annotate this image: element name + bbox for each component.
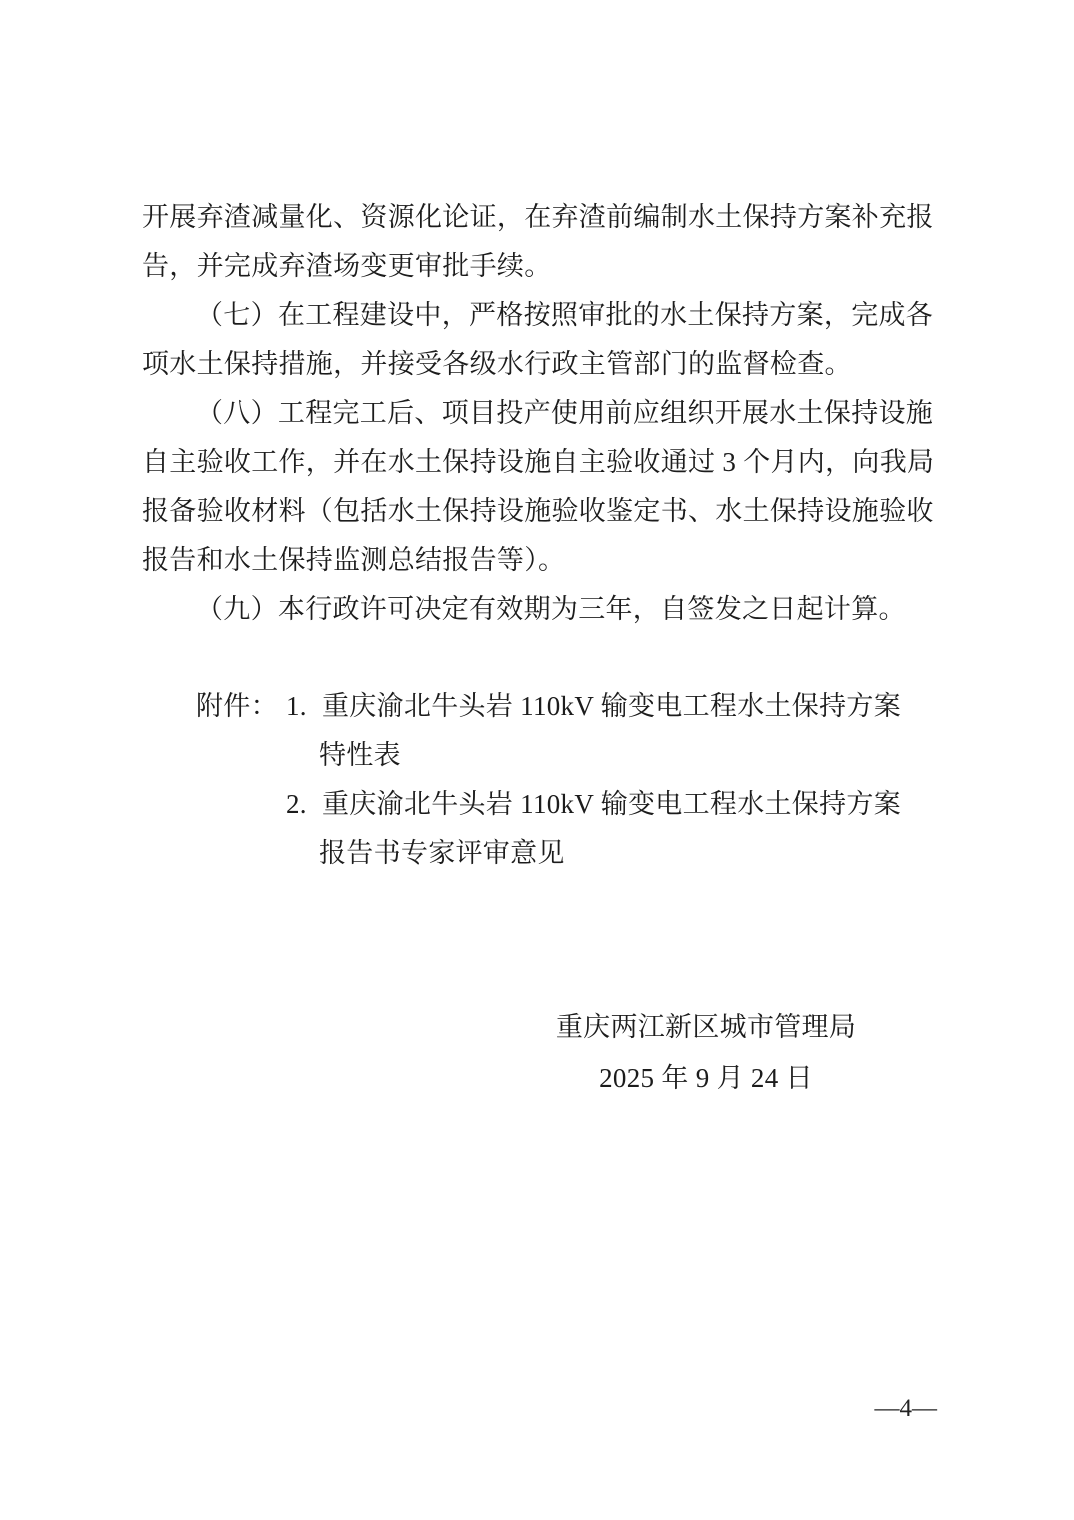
- paragraph-line: （八）工程完工后、项目投产使用前应组织开展水土保持设施: [142, 389, 936, 438]
- paragraph-line: （九）本行政许可决定有效期为三年，自签发之日起计算。: [142, 585, 936, 634]
- document-page: 开展弃渣减量化、资源化论证，在弃渣前编制水土保持方案补充报 告，并完成弃渣场变更…: [0, 0, 1074, 1520]
- attachment-block: 附件：1.重庆渝北牛头岩 110kV 输变电工程水土保持方案 特性表 2.重庆渝…: [142, 682, 936, 878]
- paragraph-line: 项水土保持措施，并接受各级水行政主管部门的监督检查。: [142, 340, 936, 389]
- paragraph-line: 报备验收材料（包括水土保持设施验收鉴定书、水土保持设施验收: [142, 487, 936, 536]
- paragraph-line: 报告和水土保持监测总结报告等）。: [142, 536, 936, 585]
- attachment-item-number: 2.: [286, 780, 322, 829]
- page-number: —4—: [875, 1395, 938, 1423]
- paragraph-line: 开展弃渣减量化、资源化论证，在弃渣前编制水土保持方案补充报: [142, 193, 936, 242]
- paragraph-line: 告，并完成弃渣场变更审批手续。: [142, 242, 936, 291]
- closing-block: 重庆两江新区城市管理局 2025 年 9 月 24 日: [470, 1002, 942, 1104]
- attachment-item-text: 重庆渝北牛头岩 110kV 输变电工程水土保持方案: [322, 789, 901, 819]
- attachment-item-number: 1.: [286, 682, 322, 731]
- document-body: 开展弃渣减量化、资源化论证，在弃渣前编制水土保持方案补充报 告，并完成弃渣场变更…: [142, 193, 936, 634]
- paragraph-line: 自主验收工作，并在水土保持设施自主验收通过 3 个月内，向我局: [142, 438, 936, 487]
- attachment-item-2: 2.重庆渝北牛头岩 110kV 输变电工程水土保持方案: [142, 780, 936, 829]
- issue-date: 2025 年 9 月 24 日: [470, 1053, 942, 1104]
- attachment-item-text: 报告书专家评审意见: [142, 829, 936, 878]
- paragraph-line: （七）在工程建设中，严格按照审批的水土保持方案，完成各: [142, 291, 936, 340]
- attachment-item-1: 附件：1.重庆渝北牛头岩 110kV 输变电工程水土保持方案: [142, 682, 936, 731]
- attachment-item-text: 重庆渝北牛头岩 110kV 输变电工程水土保持方案: [322, 691, 901, 721]
- issuing-agency: 重庆两江新区城市管理局: [470, 1002, 942, 1053]
- attachment-label: 附件：: [196, 682, 286, 731]
- attachment-item-text: 特性表: [142, 731, 936, 780]
